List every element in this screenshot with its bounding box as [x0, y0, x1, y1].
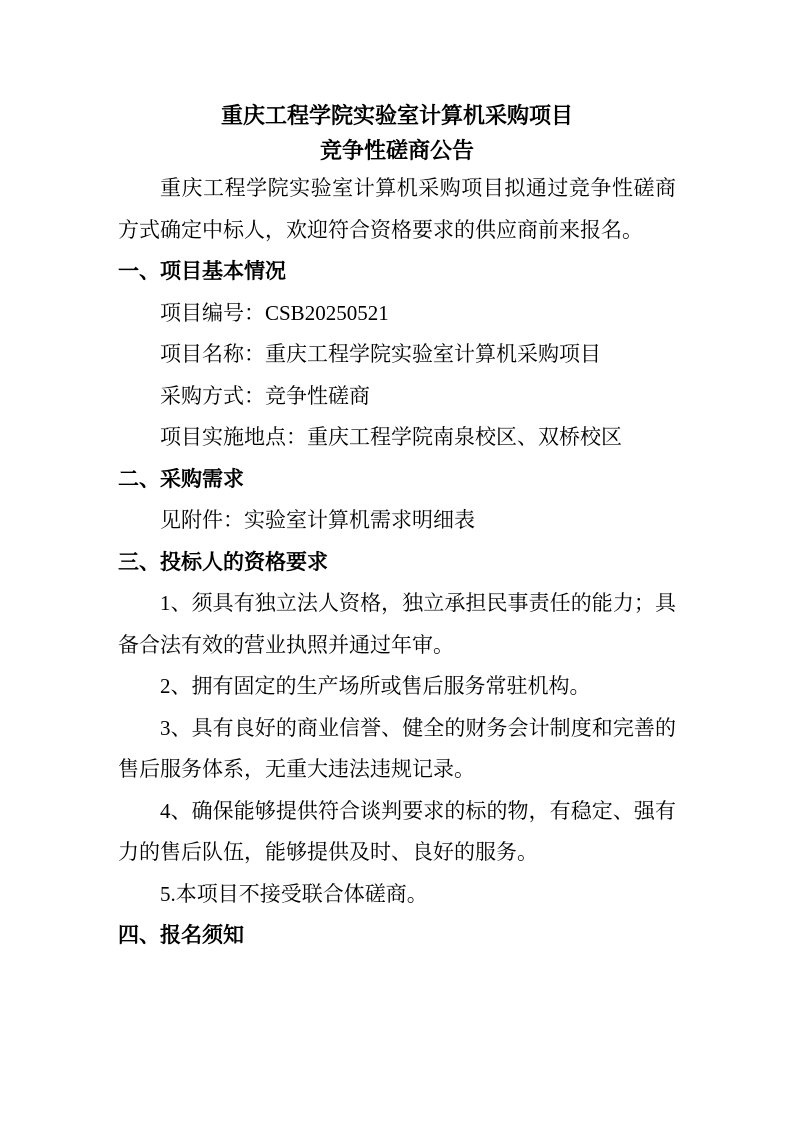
- section-1-item-procurement-method: 采购方式：竞争性磋商: [118, 376, 676, 418]
- section-2-heading: 二、采购需求: [118, 459, 676, 501]
- section-1-item-project-location: 项目实施地点：重庆工程学院南泉校区、双桥校区: [118, 417, 676, 459]
- document-page: 重庆工程学院实验室计算机采购项目 竞争性磋商公告 重庆工程学院实验室计算机采购项…: [0, 0, 794, 1122]
- section-1-heading: 一、项目基本情况: [118, 251, 676, 293]
- section-3-item-2: 2、拥有固定的生产场所或售后服务常驻机构。: [118, 666, 676, 708]
- section-2-item-attachment: 见附件：实验室计算机需求明细表: [118, 500, 676, 542]
- document-title-line-1: 重庆工程学院实验室计算机采购项目: [118, 98, 676, 133]
- document-title: 重庆工程学院实验室计算机采购项目 竞争性磋商公告: [118, 98, 676, 168]
- section-1-item-project-name: 项目名称：重庆工程学院实验室计算机采购项目: [118, 334, 676, 376]
- section-3-item-3: 3、具有良好的商业信誉、健全的财务会计制度和完善的售后服务体系，无重大违法违规记…: [118, 708, 676, 791]
- section-1-item-project-number: 项目编号：CSB20250521: [118, 293, 676, 335]
- section-4-heading: 四、报名须知: [118, 915, 676, 957]
- section-3-heading: 三、投标人的资格要求: [118, 542, 676, 584]
- section-3-item-4: 4、确保能够提供符合谈判要求的标的物，有稳定、强有力的售后队伍，能够提供及时、良…: [118, 791, 676, 874]
- section-3-item-5: 5.本项目不接受联合体磋商。: [118, 874, 676, 916]
- section-3-item-1: 1、须具有独立法人资格，独立承担民事责任的能力；具备合法有效的营业执照并通过年审…: [118, 583, 676, 666]
- intro-paragraph: 重庆工程学院实验室计算机采购项目拟通过竞争性磋商方式确定中标人，欢迎符合资格要求…: [118, 168, 676, 251]
- document-title-line-2: 竞争性磋商公告: [118, 133, 676, 168]
